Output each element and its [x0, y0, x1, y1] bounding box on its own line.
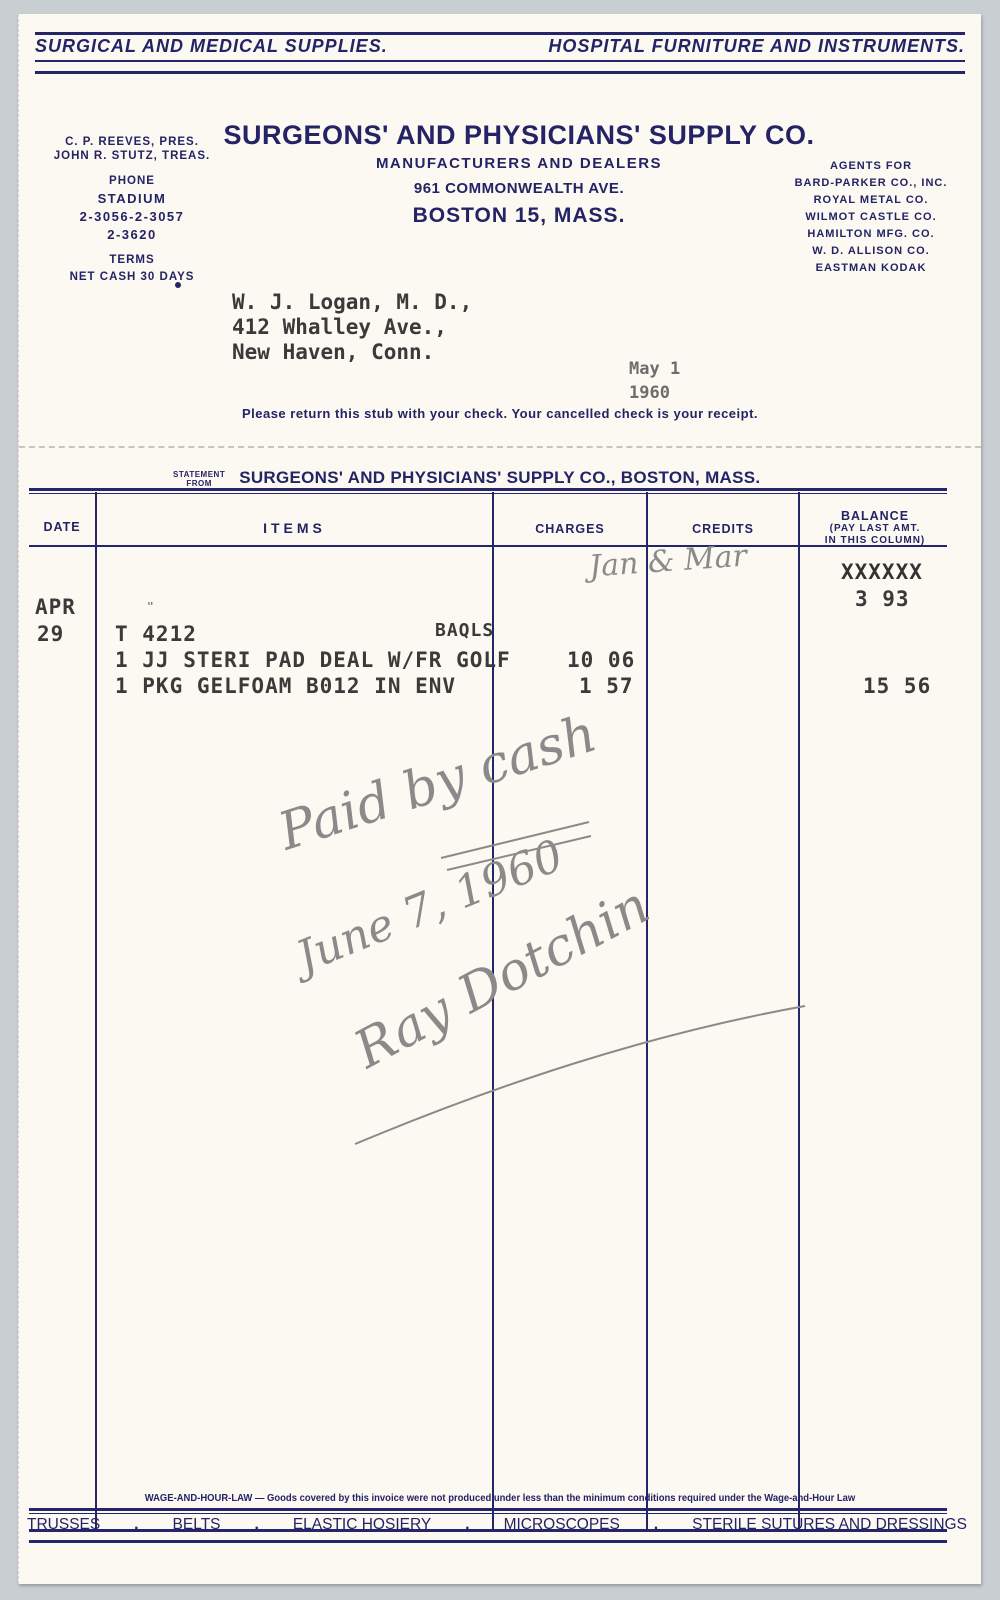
balance-header-note-2: IN THIS COLUMN): [800, 535, 950, 547]
table-rule-top: [29, 488, 947, 491]
agent-item: WILMOT CASTLE CO.: [771, 209, 971, 226]
company-street: 961 COMMONWEALTH AVE.: [209, 176, 829, 202]
phone-exchange: STADIUM: [27, 190, 237, 208]
separator-dot: .: [654, 1516, 658, 1534]
col-divider-date: [95, 492, 97, 1530]
recipient-name: W. J. Logan, M. D.,: [232, 290, 472, 315]
agent-item: BARD-PARKER CO., INC.: [771, 175, 971, 192]
banner-right-text: HOSPITAL FURNITURE AND INSTRUMENTS.: [548, 36, 965, 57]
phone-number-alt: 2-3620: [27, 226, 237, 244]
balance-header-note-1: (PAY LAST AMT.: [800, 523, 950, 535]
product-line-item: TRUSSES: [27, 1516, 100, 1534]
col-header-credits: CREDITS: [648, 522, 798, 536]
ditto-mark: ": [147, 600, 155, 613]
recipient-city: New Haven, Conn.: [232, 340, 472, 365]
officer-treasurer: JOHN R. STUTZ, TREAS.: [27, 148, 237, 165]
agents-block: AGENTS FOR BARD-PARKER CO., INC. ROYAL M…: [771, 158, 971, 277]
product-line-item: MICROSCOPES: [504, 1516, 620, 1534]
invoice-statement: SURGICAL AND MEDICAL SUPPLIES. HOSPITAL …: [18, 14, 981, 1584]
footer-rule-bottom: [29, 1540, 947, 1543]
footer-rule-mid: [29, 1508, 947, 1511]
banner-left-text: SURGICAL AND MEDICAL SUPPLIES.: [35, 36, 388, 57]
separator-dot: .: [134, 1516, 138, 1534]
product-line-item: STERILE SUTURES AND DRESSINGS: [692, 1516, 967, 1534]
line-item-description: 1 PKG GELFOAM B012 IN ENV: [115, 674, 456, 698]
balance-header-label: BALANCE: [800, 510, 950, 523]
agent-item: EASTMAN KODAK: [771, 260, 971, 277]
recipient-address: W. J. Logan, M. D., 412 Whalley Ave., Ne…: [232, 290, 472, 365]
banner-rule-top: [35, 32, 965, 35]
col-header-balance: BALANCE (PAY LAST AMT. IN THIS COLUMN): [800, 510, 950, 547]
terms-value: NET CASH 30 DAYS: [27, 269, 237, 286]
signature-flourish-icon: [349, 994, 809, 1154]
terms-label: TERMS: [27, 252, 237, 269]
product-line-item: ELASTIC HOSIERY: [293, 1516, 431, 1534]
line-item-charge: 1 57: [579, 674, 634, 698]
entry-date-month: APR: [35, 595, 76, 619]
phone-label: PHONE: [27, 173, 237, 190]
company-tagline: MANUFACTURERS AND DEALERS: [209, 152, 829, 176]
phone-numbers: 2-3056-2-3057: [27, 208, 237, 226]
stub-note: Please return this stub with your check.…: [19, 406, 981, 421]
statement-label-top: STATEMENT: [173, 470, 225, 479]
product-lines: TRUSSES . BELTS . ELASTIC HOSIERY . MICR…: [27, 1516, 967, 1534]
agent-item: HAMILTON MFG. CO.: [771, 226, 971, 243]
statement-date-monthday: May 1: [629, 357, 680, 381]
closing-balance: 15 56: [863, 674, 931, 698]
col-header-items: ITEMS: [97, 520, 492, 536]
perforation-line: [19, 446, 981, 448]
footer-rule-mid-thin: [29, 1513, 947, 1514]
entry-ref-note: BAQLS: [435, 620, 494, 641]
statement-date: May 1 1960: [629, 357, 680, 405]
banner-rule-mid: [35, 60, 965, 62]
company-city: BOSTON 15, MASS.: [209, 202, 829, 230]
agents-label: AGENTS FOR: [771, 158, 971, 175]
banner-rule-bottom: [35, 71, 965, 74]
statement-label-bottom: FROM: [173, 479, 225, 488]
table-rule-top-thin: [29, 493, 947, 494]
statement-from: STATEMENT FROM SURGEONS' AND PHYSICIANS'…: [173, 468, 760, 488]
separator-dot: .: [254, 1516, 258, 1534]
bullet-mark: [175, 282, 181, 288]
wage-hour-law-notice: WAGE-AND-HOUR-LAW — Goods covered by thi…: [67, 1492, 933, 1504]
banner: SURGICAL AND MEDICAL SUPPLIES. HOSPITAL …: [35, 36, 965, 57]
product-line-item: BELTS: [173, 1516, 221, 1534]
line-item-description: 1 JJ STERI PAD DEAL W/FR GOLF: [115, 648, 511, 672]
col-header-date: DATE: [29, 520, 95, 534]
separator-dot: .: [465, 1516, 469, 1534]
recipient-street: 412 Whalley Ave.,: [232, 315, 472, 340]
previous-balance: 3 93: [855, 587, 910, 611]
line-item-charge: 10 06: [567, 648, 635, 672]
previous-balance-struck: XXXXXX: [841, 560, 923, 584]
agent-item: W. D. ALLISON CO.: [771, 243, 971, 260]
statement-from-company: SURGEONS' AND PHYSICIANS' SUPPLY CO., BO…: [239, 468, 760, 488]
statement-date-year: 1960: [629, 381, 680, 405]
entry-ref: T 4212: [115, 622, 197, 646]
letterhead: SURGEONS' AND PHYSICIANS' SUPPLY CO. MAN…: [209, 118, 829, 230]
col-header-charges: CHARGES: [494, 522, 646, 536]
agent-item: ROYAL METAL CO.: [771, 192, 971, 209]
statement-from-label: STATEMENT FROM: [173, 470, 225, 488]
officers-block: C. P. REEVES, PRES. JOHN R. STUTZ, TREAS…: [27, 134, 237, 286]
entry-date-day: 29: [37, 622, 64, 646]
company-name: SURGEONS' AND PHYSICIANS' SUPPLY CO.: [209, 118, 829, 152]
